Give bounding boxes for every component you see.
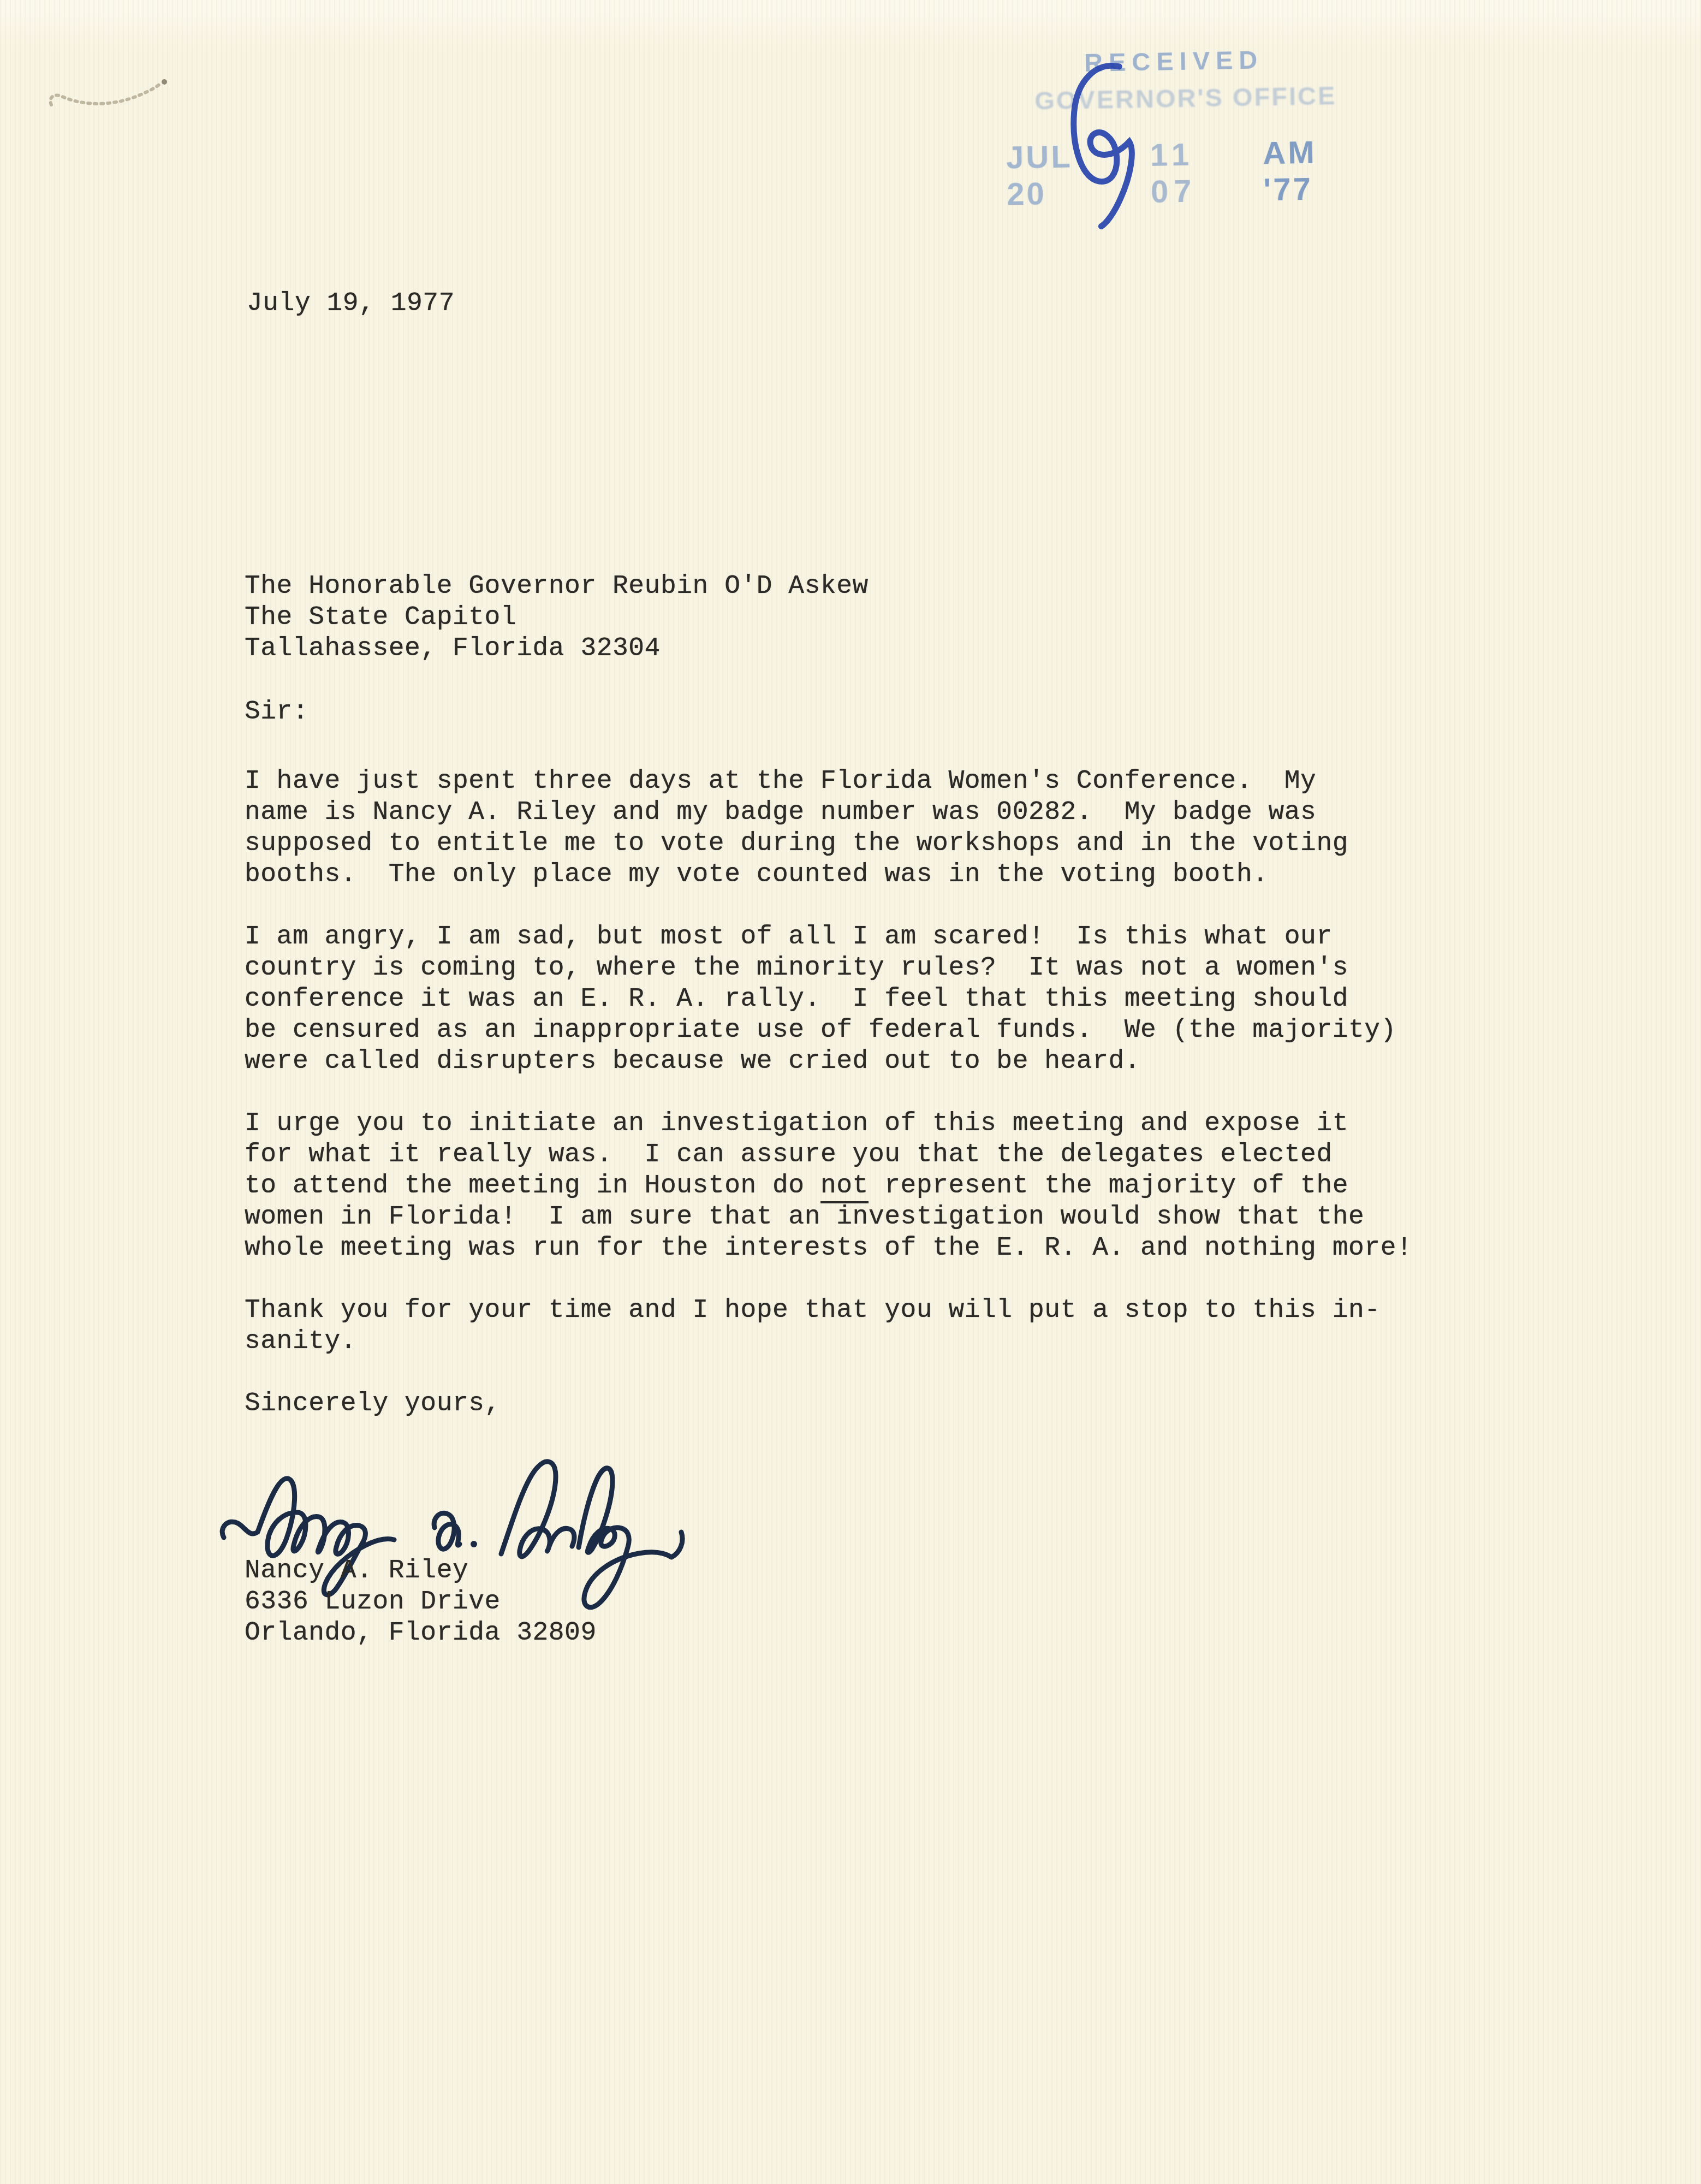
paragraph-3: I urge you to initiate an investigation … (245, 1108, 1489, 1264)
letter-body: I have just spent three days at the Flor… (245, 766, 1489, 1451)
pencil-smudge (44, 71, 262, 126)
pen-mark (1062, 60, 1175, 236)
stamp-received-text: RECEIVED (1084, 44, 1264, 78)
underlined-word-not: not (820, 1171, 869, 1203)
smudge-dot (162, 79, 167, 85)
stamp-date-month: JUL 20 (1006, 138, 1112, 212)
stamp-date-time: 11 07 (1150, 135, 1245, 210)
recipient-address: The Honorable Governor Reubin O'D Askew … (245, 571, 869, 664)
paragraph-1: I have just spent three days at the Flor… (245, 766, 1489, 891)
paragraph-2: I am angry, I am sad, but most of all I … (245, 922, 1489, 1077)
paragraph-4: Thank you for your time and I hope that … (245, 1295, 1489, 1357)
letter-page: RECEIVED GOVERNOR'S OFFICE JUL 20 11 07 … (0, 0, 1701, 2184)
salutation: Sir: (245, 697, 308, 728)
stamp-office-text: GOVERNOR'S OFFICE (1034, 80, 1337, 116)
sender-block: Nancy A. Riley 6336 Luzon Drive Orlando,… (245, 1556, 597, 1649)
letter-date: July 19, 1977 (247, 288, 455, 319)
stamp-date-year: AM '77 (1263, 133, 1366, 208)
stamp-date-line: JUL 20 11 07 AM '77 (1006, 133, 1366, 212)
received-stamp: RECEIVED GOVERNOR'S OFFICE JUL 20 11 07 … (992, 36, 1366, 206)
closing-line: Sincerely yours, (245, 1388, 1489, 1420)
